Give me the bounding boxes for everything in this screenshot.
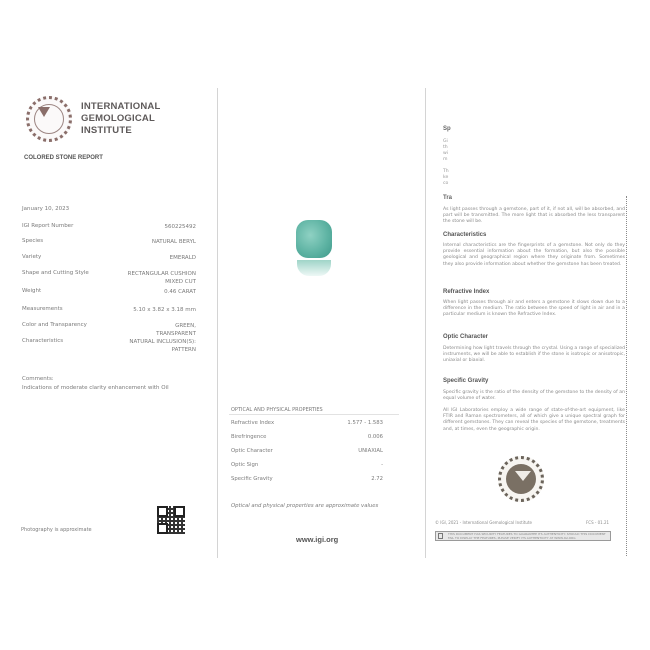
clipped-line: Gi [443, 139, 448, 144]
clipped-line: th [443, 145, 448, 150]
clipped-line: wi [443, 151, 448, 156]
fold-line-left [217, 88, 218, 558]
igi-seal-icon [26, 96, 72, 142]
section-text-refractive-index: When light passes through air and enters… [443, 300, 625, 319]
labs-text: All IGI Laboratories employ a wide range… [443, 408, 625, 433]
clipped-line: Th [443, 169, 449, 174]
section-heading-specific-gravity: Specific Gravity [443, 378, 488, 384]
igi-seal-icon [498, 456, 544, 502]
transparency-text: As light passes through a gemstone, part… [443, 207, 625, 226]
security-warning-bar: THIS DOCUMENT HAS SECURITY FEATURES TO G… [435, 531, 611, 541]
institute-name: INTERNATIONAL GEMOLOGICAL INSTITUTE [81, 101, 160, 137]
stone-reflection [297, 260, 331, 276]
section-text-optic-character: Determining how light travels through th… [443, 346, 625, 365]
institute-line-3: INSTITUTE [81, 125, 160, 137]
comments-text: Indications of moderate clarity enhancem… [22, 385, 169, 391]
report-date: January 10, 2023 [22, 206, 69, 212]
properties-title: OPTICAL and PHYSICAL PROPERTIES [231, 407, 323, 413]
copyright-text: © IGI, 2021 - International Gemological … [435, 520, 532, 525]
security-warning-text: THIS DOCUMENT HAS SECURITY FEATURES TO G… [448, 533, 607, 540]
clipped-line: ke [443, 175, 448, 180]
section-heading-optic-character: Optic Character [443, 334, 488, 340]
document-lock-icon [438, 533, 443, 539]
clipped-line: m [443, 157, 447, 162]
website-link[interactable]: www.igi.org [296, 535, 338, 544]
flap-edge [626, 196, 628, 556]
photo-note: Photography is approximate [21, 527, 92, 533]
form-code: FCS - 01.21 [586, 520, 609, 525]
report-type: COLORED STONE REPORT [24, 155, 103, 161]
properties-rule [229, 414, 399, 415]
section-text-characteristics: Internal characteristics are the fingerp… [443, 243, 625, 268]
clipped-line: co [443, 181, 448, 186]
properties-note: Optical and physical properties are appr… [231, 503, 378, 509]
institute-line-2: GEMOLOGICAL [81, 113, 160, 125]
qr-code-icon[interactable] [157, 506, 185, 534]
fold-line-right [425, 88, 426, 558]
section-heading-refractive-index: Refractive Index [443, 289, 489, 295]
clipped-heading-2: Tra [443, 195, 452, 201]
section-text-specific-gravity: Specific gravity is the ratio of the den… [443, 390, 625, 402]
section-heading-characteristics: Characteristics [443, 232, 486, 238]
comments-label: Comments: [22, 376, 54, 382]
institute-line-1: INTERNATIONAL [81, 101, 160, 113]
emerald-stone-photo [296, 220, 332, 258]
clipped-heading: Sp [443, 126, 451, 132]
